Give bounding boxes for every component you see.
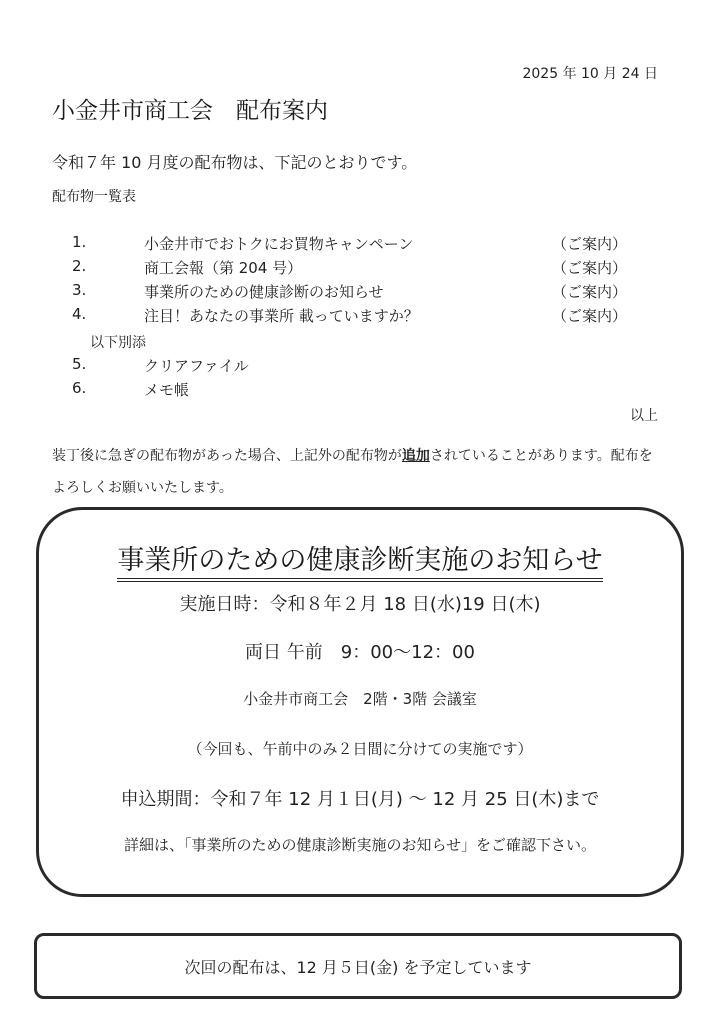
list-item: 2. 商工会報（第 204 号） （ご案内） <box>72 257 652 281</box>
list-item: 6. メモ帳 <box>72 379 652 403</box>
next-distribution-box: 次回の配布は、12 月５日(金) を予定しています <box>34 933 682 999</box>
item-name: 注目！あなたの事業所 載っていますか？ <box>144 305 419 326</box>
item-note: （ご案内） <box>552 305 627 326</box>
lead-text: 令和７年 10 月度の配布物は、下記のとおりです。 <box>52 150 417 173</box>
health-check-box: 事業所のための健康診断実施のお知らせ 実施日時：令和８年２月 18 日(水)19… <box>36 507 684 897</box>
health-check-note: （今回も、午前中のみ２日間に分けての実施です） <box>39 738 681 759</box>
health-check-application: 申込期間：令和７年 12 月１日(月) ～ 12 月 25 日(木)まで <box>39 785 681 811</box>
notice-before: 装丁後に急ぎの配布物があった場合、上記外の配布物が <box>52 448 402 464</box>
health-check-datetime: 実施日時：令和８年２月 18 日(水)19 日(木) <box>39 590 681 616</box>
page-title: 小金井市商工会 配布案内 <box>52 92 328 125</box>
list-item: 5. クリアファイル <box>72 355 652 379</box>
item-number: 6. <box>72 379 86 397</box>
item-number: 2. <box>72 257 86 275</box>
item-name: メモ帳 <box>144 379 189 400</box>
next-distribution-text: 次回の配布は、12 月５日(金) を予定しています <box>184 955 531 978</box>
item-name: 事業所のための健康診断のお知らせ <box>144 281 384 302</box>
attachments-label: 以下別添 <box>72 329 652 355</box>
item-number: 3. <box>72 281 86 299</box>
notice-text: 装丁後に急ぎの配布物があった場合、上記外の配布物が追加されていることがあります。… <box>52 440 662 504</box>
item-name: クリアファイル <box>144 355 249 376</box>
distribution-list: 1. 小金井市でおトクにお買物キャンペーン （ご案内） 2. 商工会報（第 20… <box>72 233 652 403</box>
notice-emphasis: 追加 <box>402 448 430 464</box>
issue-date: 2025 年 10 月 24 日 <box>522 63 658 83</box>
item-name: 商工会報（第 204 号） <box>144 257 302 278</box>
item-name: 小金井市でおトクにお買物キャンペーン <box>144 233 413 254</box>
item-note: （ご案内） <box>552 281 627 302</box>
item-number: 4. <box>72 305 86 323</box>
item-number: 1. <box>72 233 86 251</box>
list-item: 3. 事業所のための健康診断のお知らせ （ご案内） <box>72 281 652 305</box>
list-heading: 配布物一覧表 <box>52 186 136 206</box>
health-check-details: 詳細は、「事業所のための健康診断実施のお知らせ」をご確認下さい。 <box>39 834 681 855</box>
item-number: 5. <box>72 355 86 373</box>
list-item: 1. 小金井市でおトクにお買物キャンペーン （ご案内） <box>72 233 652 257</box>
item-note: （ご案内） <box>552 257 627 278</box>
health-check-place: 小金井市商工会 2階・3階 会議室 <box>39 688 681 709</box>
end-mark: 以上 <box>630 405 658 425</box>
item-note: （ご案内） <box>552 233 627 254</box>
list-item: 4. 注目！あなたの事業所 載っていますか？ （ご案内） <box>72 305 652 329</box>
health-check-time: 両日 午前 9：00～12：00 <box>39 638 681 664</box>
health-check-title: 事業所のための健康診断実施のお知らせ <box>39 538 681 577</box>
